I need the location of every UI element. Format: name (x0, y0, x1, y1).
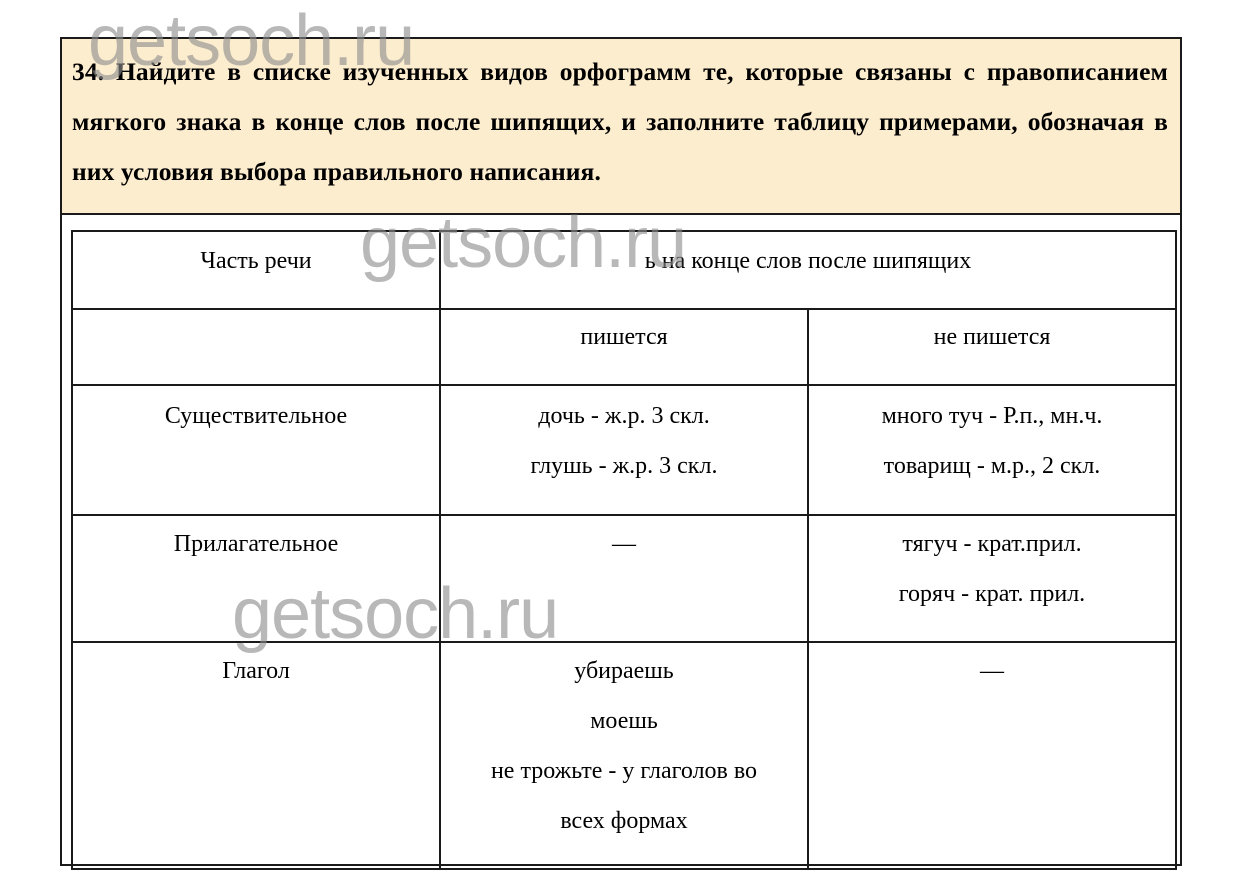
cell-adjective-written: — (440, 515, 808, 642)
dash-placeholder: — (447, 519, 801, 569)
header-part-of-speech: Часть речи (72, 231, 440, 309)
table-header-row: Часть речи ь на конце слов после шипящих (72, 231, 1176, 309)
answer-table: Часть речи ь на конце слов после шипящих… (71, 230, 1177, 870)
dash-placeholder: — (815, 646, 1169, 696)
example-line: не трожьте - у глаголов во (447, 746, 801, 796)
example-line: моешь (447, 696, 801, 746)
example-line: товарищ - м.р., 2 скл. (815, 441, 1169, 491)
exercise-container: 34. Найдите в списке изученных видов орф… (60, 37, 1182, 866)
cell-noun-not-written: много туч - Р.п., мн.ч. товарищ - м.р., … (808, 385, 1176, 515)
example-line: глушь - ж.р. 3 скл. (447, 441, 801, 491)
cell-adjective-not-written: тягуч - крат.прил. горяч - крат. прил. (808, 515, 1176, 642)
subheader-not-written: не пишется (808, 309, 1176, 385)
table-row-adjective: Прилагательное — тягуч - крат.прил. горя… (72, 515, 1176, 642)
example-line: всех формах (447, 796, 801, 846)
cell-verb-not-written: — (808, 642, 1176, 869)
table-subheader-row: пишется не пишется (72, 309, 1176, 385)
example-line: убираешь (447, 646, 801, 696)
example-line: тягуч - крат.прил. (815, 519, 1169, 569)
task-statement-panel: 34. Найдите в списке изученных видов орф… (62, 39, 1180, 215)
subheader-empty-cell (72, 309, 440, 385)
cell-part-noun: Существительное (72, 385, 440, 515)
cell-part-adjective: Прилагательное (72, 515, 440, 642)
example-line: дочь - ж.р. 3 скл. (447, 391, 801, 441)
example-line: горяч - крат. прил. (815, 569, 1169, 619)
cell-verb-written: убираешь моешь не трожьте - у глаголов в… (440, 642, 808, 869)
example-line: много туч - Р.п., мн.ч. (815, 391, 1169, 441)
subheader-written: пишется (440, 309, 808, 385)
task-statement: 34. Найдите в списке изученных видов орф… (72, 47, 1168, 197)
header-soft-sign-group: ь на конце слов после шипящих (440, 231, 1176, 309)
table-row-verb: Глагол убираешь моешь не трожьте - у гла… (72, 642, 1176, 869)
table-row-noun: Существительное дочь - ж.р. 3 скл. глушь… (72, 385, 1176, 515)
cell-noun-written: дочь - ж.р. 3 скл. глушь - ж.р. 3 скл. (440, 385, 808, 515)
cell-part-verb: Глагол (72, 642, 440, 869)
